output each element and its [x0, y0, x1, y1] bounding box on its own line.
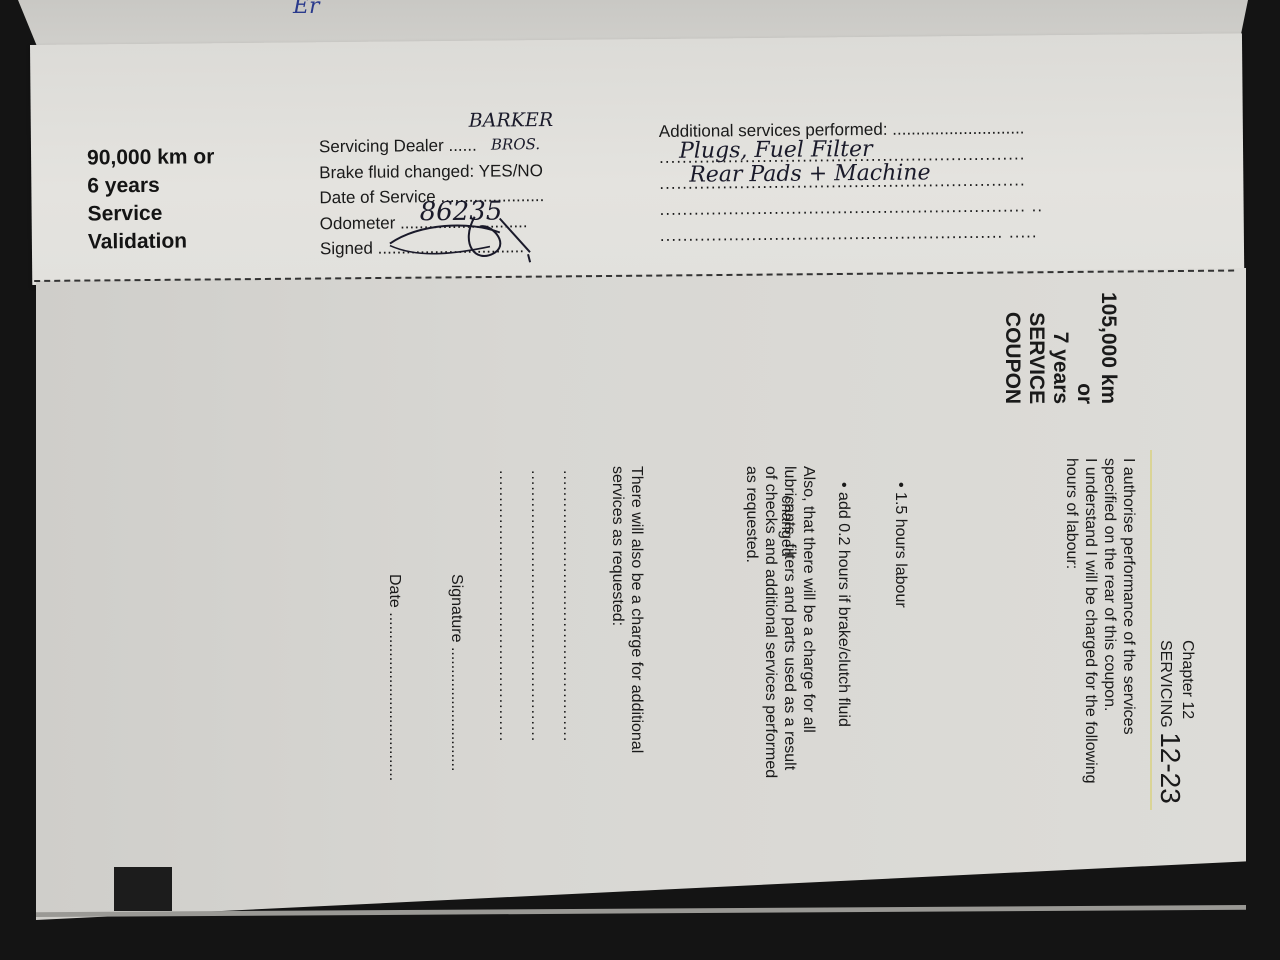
- servicing-dealer-field[interactable]: Servicing Dealer ...... BARKER BROS.: [319, 132, 544, 160]
- additional-service-line[interactable]: ........................................…: [660, 219, 1044, 249]
- handwriting-fragment: Er: [293, 0, 320, 19]
- labour-item: • 1.5 hours labour: [891, 482, 910, 727]
- blank-line[interactable]: ........................................…: [520, 470, 552, 742]
- signature-field[interactable]: Signature ............................: [447, 574, 466, 771]
- page-header: Chapter 12 SERVICING 12-23: [1157, 640, 1196, 804]
- authorise-text: I authorise performance of the services …: [1062, 458, 1138, 784]
- brake-fluid-field[interactable]: Brake fluid changed: YES/NO: [319, 158, 544, 186]
- yellow-rule: [1150, 450, 1152, 810]
- stub-fields: Servicing Dealer ...... BARKER BROS. Bra…: [319, 132, 545, 262]
- additional-service-line[interactable]: ........................................…: [659, 167, 1043, 197]
- additional-services-section: Additional services performed: .........…: [659, 115, 1044, 249]
- additional-charge-text: There will also be a charge for addition…: [608, 466, 646, 753]
- additional-service-blank-lines: ........................................…: [488, 470, 584, 742]
- blank-line[interactable]: ........................................…: [488, 470, 520, 742]
- page-tab-marker: [114, 867, 172, 911]
- stub-title: 90,000 km or 6 years Service Validation: [87, 143, 215, 256]
- blank-line[interactable]: ........................................…: [552, 470, 584, 742]
- coupon-title: 105,000 km or 7 years SERVICE COUPON: [1000, 292, 1120, 404]
- dealer-handwritten-line2: BROS.: [491, 132, 540, 158]
- additional-service-handwritten: Rear Pads + Machine: [689, 160, 931, 188]
- service-validation-stub: 90,000 km or 6 years Service Validation …: [30, 33, 1244, 285]
- additional-service-line[interactable]: ........................................…: [659, 193, 1043, 223]
- section-label: SERVICING: [1157, 640, 1174, 728]
- charge-text: Also, that there will be a charge for al…: [742, 466, 818, 778]
- labour-item: • add 0.2 hours if brake/clutch fluid: [834, 482, 853, 727]
- date-field[interactable]: Date ...................................…: [385, 574, 404, 781]
- page-number: 12-23: [1155, 732, 1186, 804]
- chapter-label: Chapter 12: [1179, 640, 1196, 719]
- dealer-handwritten-line1: BARKER: [469, 108, 554, 134]
